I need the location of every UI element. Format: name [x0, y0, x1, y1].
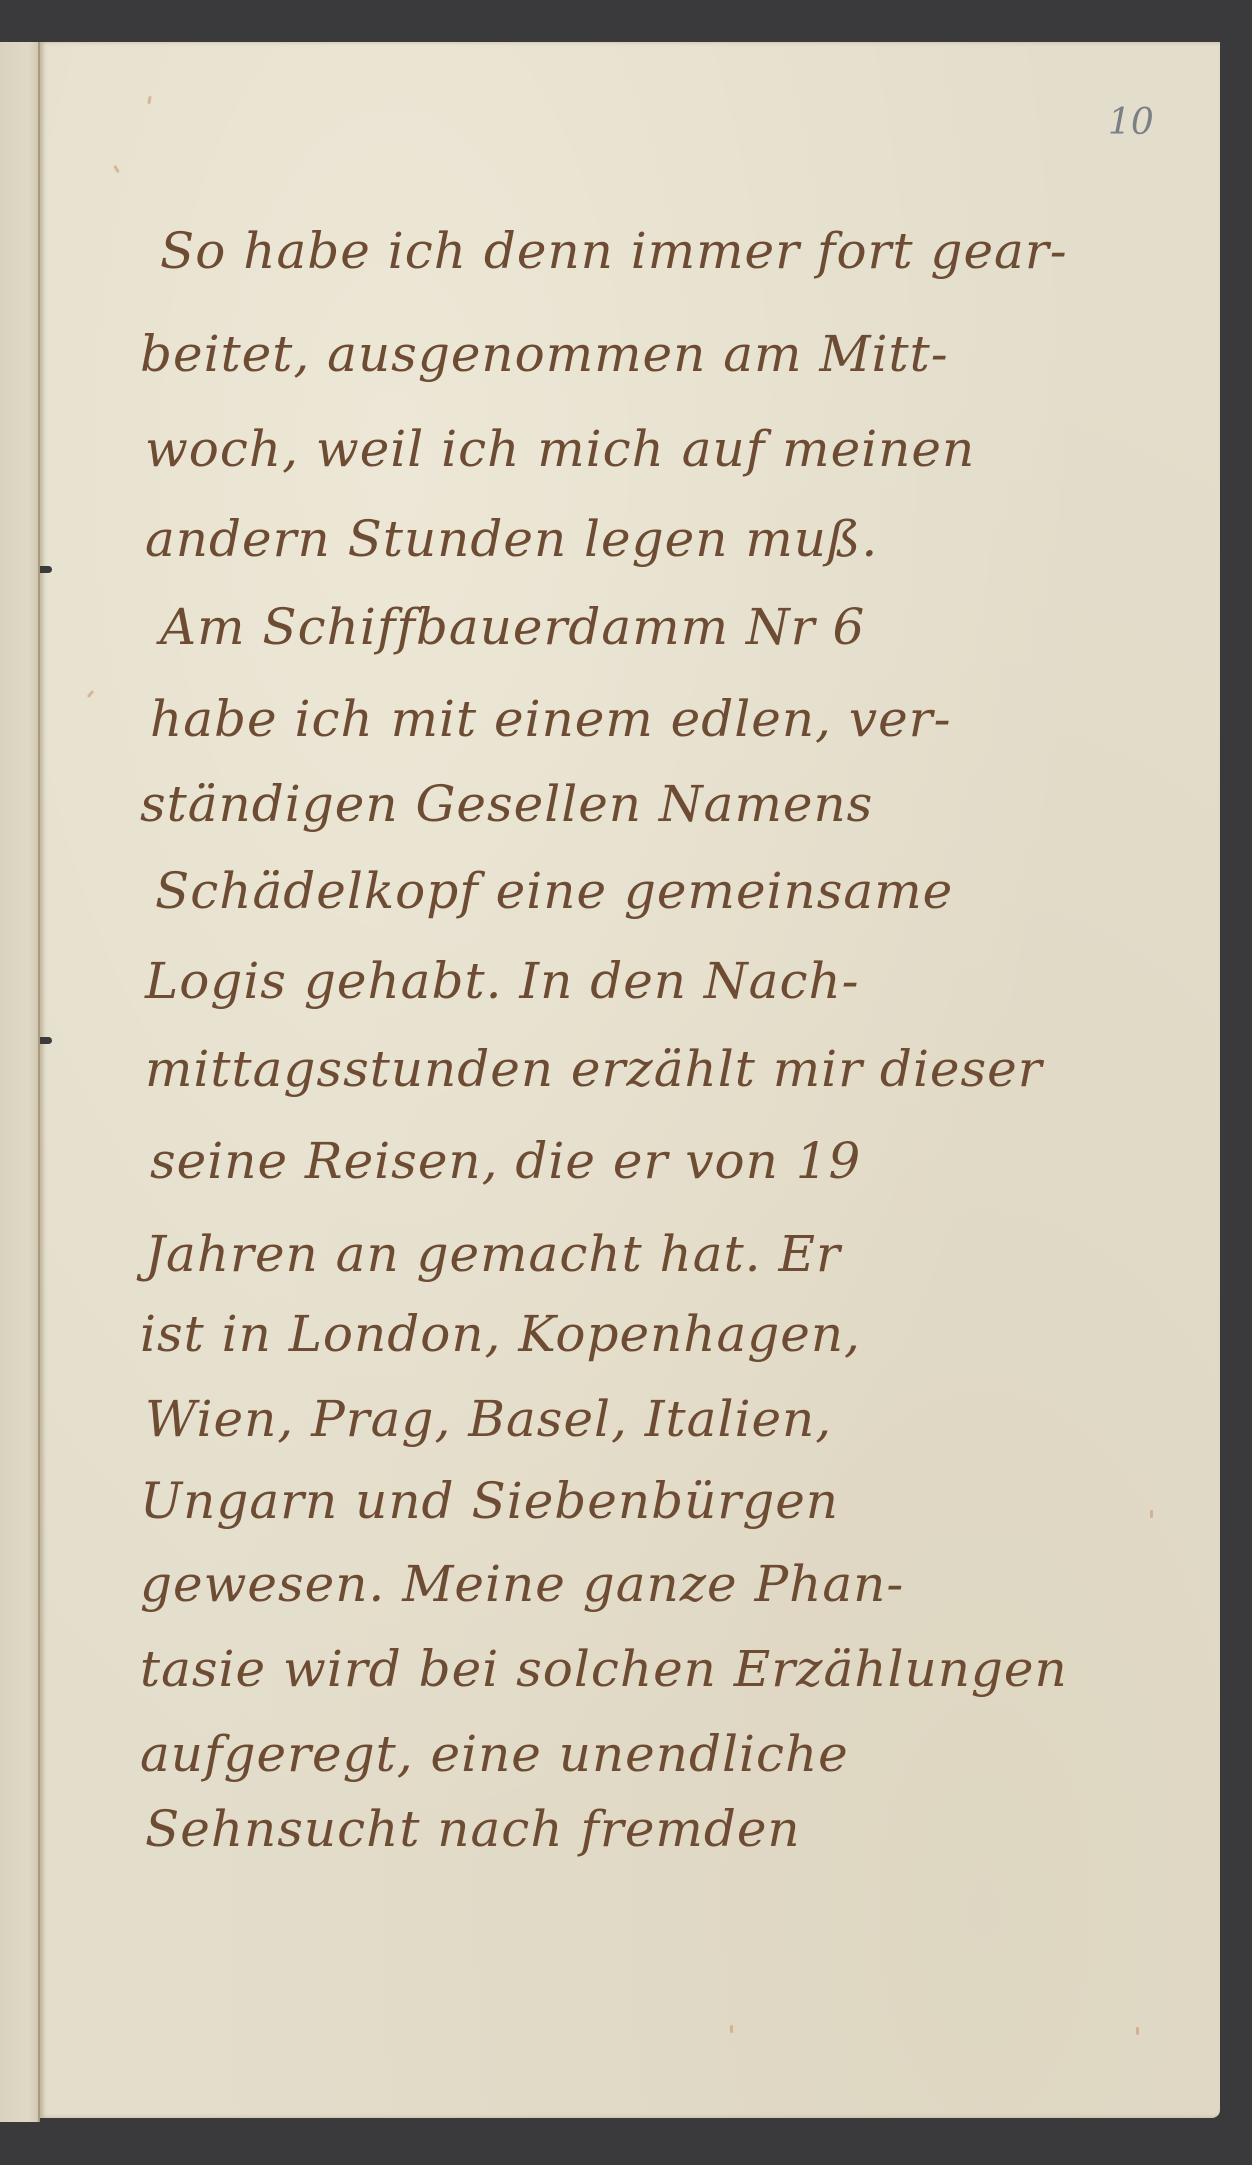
folio-number: 10	[1108, 102, 1154, 143]
text-line: Wien, Prag, Basel, Italien,	[145, 1390, 832, 1448]
text-line: beitet, ausgenommen am Mitt-	[140, 325, 949, 383]
text-line: habe ich mit einem edlen, ver-	[150, 690, 951, 748]
text-line: Am Schiffbauerdamm Nr 6	[160, 598, 865, 656]
paper-speck	[1136, 2027, 1139, 2035]
text-line: Jahren an gemacht hat. Er	[145, 1225, 841, 1283]
facing-page-edge	[0, 42, 40, 2122]
binding-stitch	[40, 566, 52, 573]
binding-stitch	[40, 1037, 52, 1044]
binding-gutter	[38, 42, 40, 2122]
text-line: Ungarn und Siebenbürgen	[140, 1472, 839, 1530]
text-line: So habe ich denn immer fort gear-	[160, 222, 1068, 280]
text-line: aufgeregt, eine unendliche	[140, 1725, 849, 1783]
text-line: seine Reisen, die er von 19	[150, 1132, 861, 1190]
text-line: ist in London, Kopenhagen,	[140, 1305, 861, 1363]
text-line: mittagsstunden erzählt mir dieser	[145, 1040, 1043, 1098]
text-line: gewesen. Meine ganze Phan-	[140, 1555, 904, 1613]
paper-speck	[1150, 1510, 1153, 1518]
text-line: ständigen Gesellen Namens	[140, 775, 873, 833]
text-line: Logis gehabt. In den Nach-	[145, 952, 860, 1010]
text-line: Schädelkopf eine gemeinsame	[155, 862, 953, 920]
text-line: tasie wird bei solchen Erzählungen	[140, 1640, 1068, 1698]
paper-speck	[730, 2025, 733, 2033]
text-line: Sehnsucht nach fremden	[145, 1800, 801, 1858]
text-line: andern Stunden legen muß.	[145, 510, 878, 568]
text-line: woch, weil ich mich auf meinen	[145, 420, 975, 478]
